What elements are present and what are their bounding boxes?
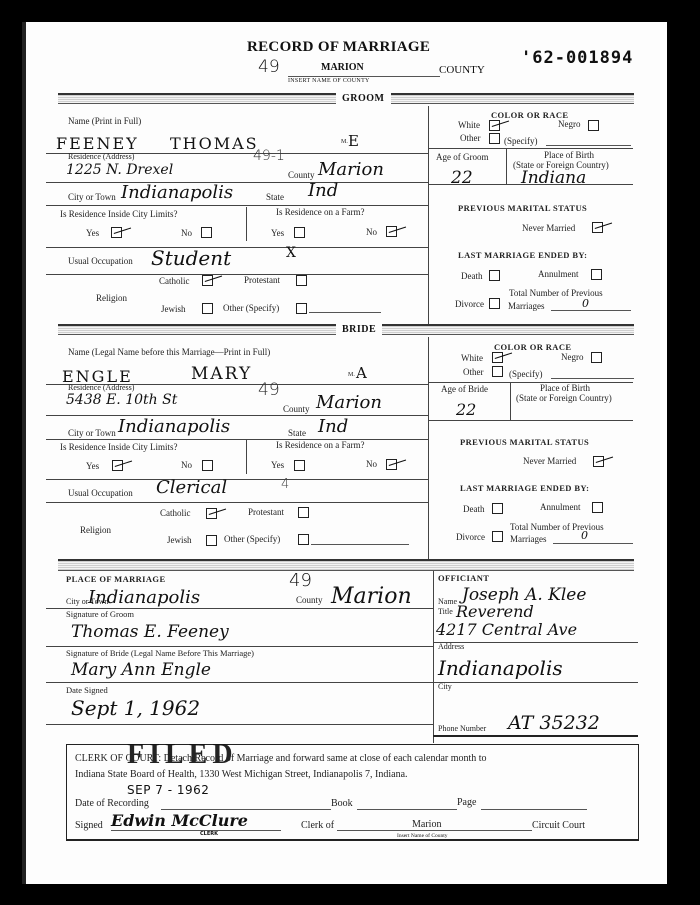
officiant-title: OFFICIANT bbox=[438, 573, 489, 583]
groom-age: 22 bbox=[451, 168, 473, 188]
groom-last-name: FEENEY bbox=[56, 134, 139, 153]
groom-inside-city-yes-checkbox[interactable] bbox=[111, 227, 122, 238]
bride-farm-yes-checkbox[interactable] bbox=[294, 460, 305, 471]
clerk-section: FILED CLERK OF COURT: Detach Record of M… bbox=[66, 744, 639, 841]
bride-religion-protestant-checkbox[interactable] bbox=[298, 507, 309, 518]
officiant-city: Indianapolis bbox=[438, 656, 563, 680]
clerk-instruction-line2: Indiana State Board of Health, 1330 West… bbox=[75, 769, 408, 780]
clerk-county: Marion bbox=[412, 819, 441, 830]
bride-middle-initial: A bbox=[356, 364, 367, 382]
groom-annulment-checkbox[interactable] bbox=[591, 269, 602, 280]
bride-residence: 5438 E. 10th St bbox=[66, 392, 177, 408]
groom-city: Indianapolis bbox=[121, 182, 233, 203]
bride-annulment-checkbox[interactable] bbox=[592, 502, 603, 513]
marriage-section-divider bbox=[58, 559, 634, 571]
certificate-number: '62-001894 bbox=[521, 48, 633, 68]
groom-farm-yes-checkbox[interactable] bbox=[294, 227, 305, 238]
groom-religion-protestant-checkbox[interactable] bbox=[296, 275, 307, 286]
groom-inside-city-no-checkbox[interactable] bbox=[201, 227, 212, 238]
bride-farm-no-checkbox[interactable] bbox=[386, 459, 397, 470]
groom-divorce-checkbox[interactable] bbox=[489, 298, 500, 309]
groom-death-checkbox[interactable] bbox=[489, 270, 500, 281]
groom-total-previous: 0 bbox=[582, 297, 589, 310]
groom-residence: 1225 N. Drexel bbox=[66, 162, 173, 178]
bride-total-previous: 0 bbox=[581, 529, 588, 542]
bride-age: 22 bbox=[456, 400, 476, 419]
bride-name-label: Name (Legal Name before this Marriage—Pr… bbox=[68, 347, 270, 357]
bride-religion-catholic-checkbox[interactable] bbox=[206, 508, 217, 519]
groom-county: Marion bbox=[318, 159, 384, 180]
place-of-marriage-title: PLACE OF MARRIAGE bbox=[66, 574, 166, 584]
bride-first-name: MARY bbox=[191, 364, 252, 384]
bride-race-negro-checkbox[interactable] bbox=[591, 352, 602, 363]
bride-county: Marion bbox=[316, 392, 382, 413]
bride-state: Ind bbox=[318, 416, 348, 437]
date-signed: Sept 1, 1962 bbox=[71, 696, 200, 720]
groom-name-label: Name (Print in Full) bbox=[68, 116, 141, 126]
groom-middle-initial: E bbox=[348, 132, 359, 150]
bride-inside-city-no-checkbox[interactable] bbox=[202, 460, 213, 471]
bride-religion-jewish-checkbox[interactable] bbox=[206, 535, 217, 546]
groom-race-negro-checkbox[interactable] bbox=[588, 120, 599, 131]
groom-occupation: Student bbox=[151, 246, 231, 270]
officiant-official-title: Reverend bbox=[456, 602, 534, 621]
groom-race-other-checkbox[interactable] bbox=[489, 133, 500, 144]
bride-inside-city-yes-checkbox[interactable] bbox=[112, 460, 123, 471]
county-caption: INSERT NAME OF COUNTY bbox=[288, 78, 370, 84]
clerk-instruction-line1: CLERK OF COURT: Detach Record of Marriag… bbox=[75, 753, 487, 764]
groom-first-name: THOMAS bbox=[170, 134, 259, 153]
county-number: 49 bbox=[258, 57, 280, 77]
groom-signature: Thomas E. Feeney bbox=[71, 622, 229, 642]
officiant-phone: AT 35232 bbox=[508, 712, 600, 734]
groom-race-white-checkbox[interactable] bbox=[489, 120, 500, 131]
bride-race-other-checkbox[interactable] bbox=[492, 366, 503, 377]
bride-never-married-checkbox[interactable] bbox=[593, 456, 604, 467]
recording-date: SEP 7 - 1962 bbox=[127, 783, 209, 797]
bride-religion-other-checkbox[interactable] bbox=[298, 534, 309, 545]
marriage-record-document: RECORD OF MARRIAGE 49 MARION COUNTY INSE… bbox=[22, 22, 667, 884]
bride-divorce-checkbox[interactable] bbox=[492, 531, 503, 542]
bride-city: Indianapolis bbox=[118, 416, 230, 437]
marriage-city: Indianapolis bbox=[88, 587, 200, 608]
groom-birthplace: Indiana bbox=[521, 168, 586, 188]
groom-religion-other-checkbox[interactable] bbox=[296, 303, 307, 314]
groom-state: Ind bbox=[308, 180, 338, 201]
groom-farm-no-checkbox[interactable] bbox=[386, 226, 397, 237]
groom-religion-catholic-checkbox[interactable] bbox=[202, 275, 213, 286]
bride-signature: Mary Ann Engle bbox=[71, 660, 211, 680]
bride-section-header: BRIDE bbox=[58, 324, 634, 335]
bride-race-white-checkbox[interactable] bbox=[492, 352, 503, 363]
clerk-signature: Edwin McClure bbox=[111, 811, 248, 830]
officiant-address: 4217 Central Ave bbox=[436, 620, 577, 639]
groom-section-header: GROOM bbox=[58, 93, 634, 104]
county-suffix: COUNTY bbox=[439, 64, 485, 76]
bride-occupation: Clerical bbox=[156, 477, 227, 498]
document-title: RECORD OF MARRIAGE bbox=[247, 39, 430, 56]
bride-death-checkbox[interactable] bbox=[492, 503, 503, 514]
groom-religion-jewish-checkbox[interactable] bbox=[202, 303, 213, 314]
marriage-county: Marion bbox=[331, 584, 412, 609]
groom-never-married-checkbox[interactable] bbox=[592, 222, 603, 233]
county-name: MARION bbox=[321, 62, 364, 73]
